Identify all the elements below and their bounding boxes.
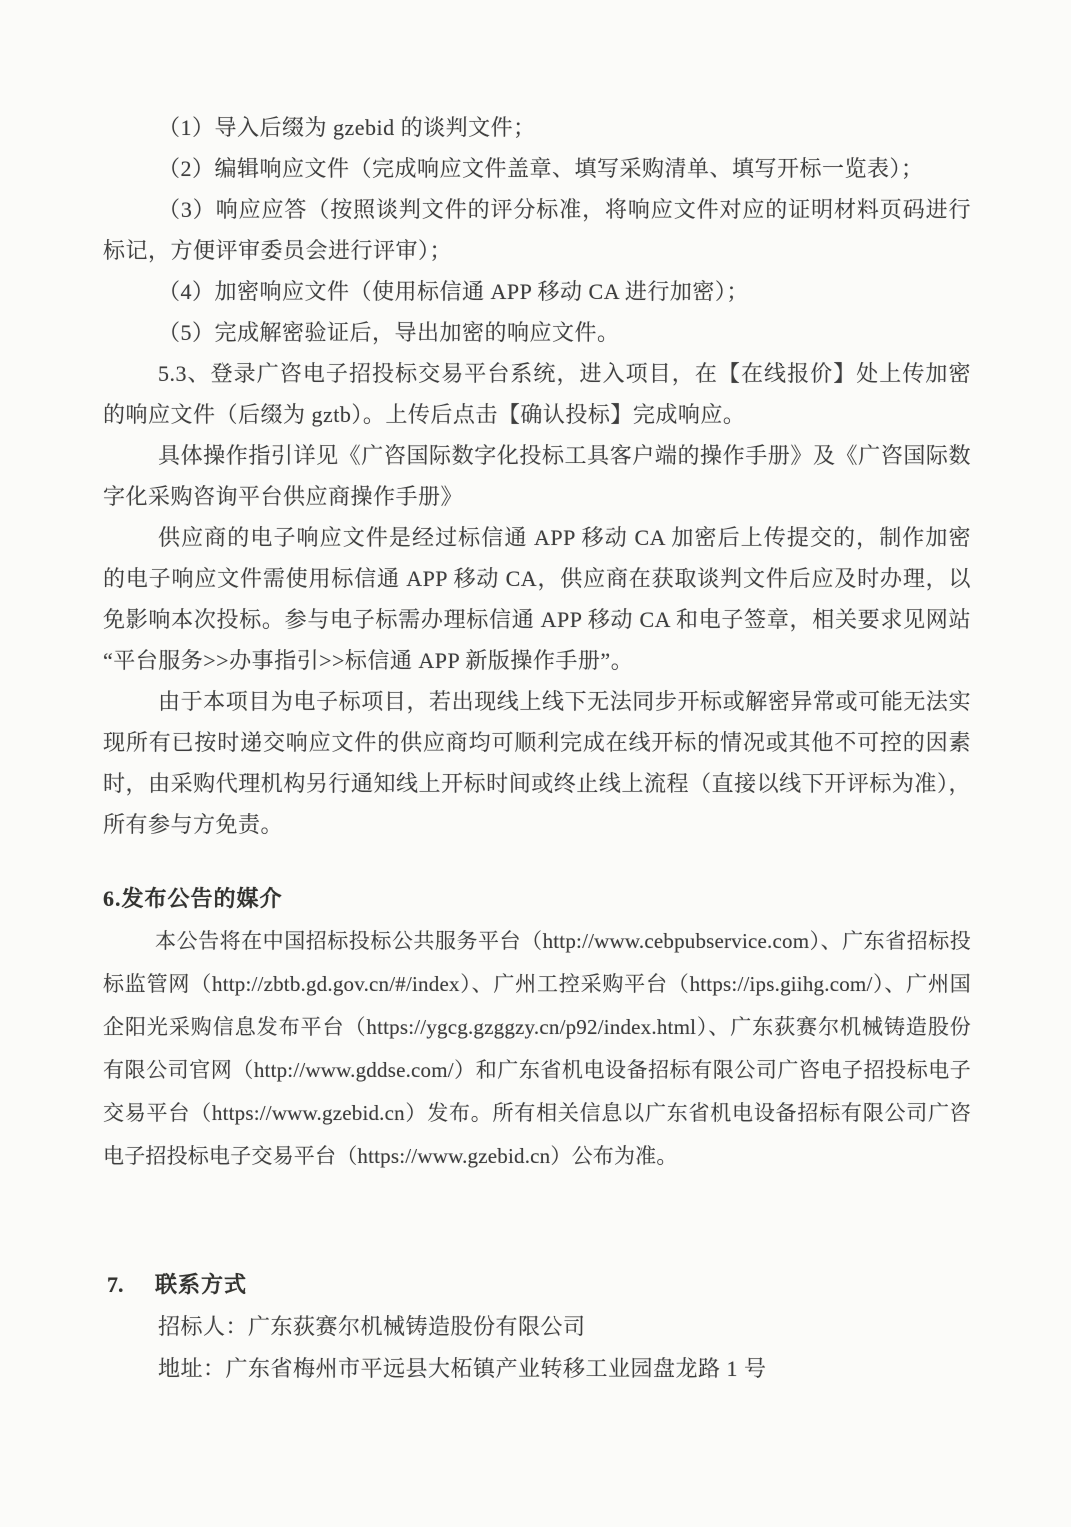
contact-address: 地址：广东省梅州市平远县大柘镇产业转移工业园盘龙路 1 号 <box>103 1348 971 1390</box>
procedure-step-2: （2）编辑响应文件（完成响应文件盖章、填写采购清单、填写开标一览表）； <box>103 148 971 189</box>
procedure-step-1: （1）导入后缀为 gzebid 的谈判文件； <box>103 107 971 148</box>
section7-heading: 7.联系方式 <box>107 1264 971 1306</box>
procedure-step-4: （4）加密响应文件（使用标信通 APP 移动 CA 进行加密）； <box>103 271 971 312</box>
paragraph-5-3-upload: 5.3、登录广咨电子招投标交易平台系统，进入项目，在【在线报价】处上传加密的响应… <box>103 353 971 435</box>
paragraph-operation-guide: 具体操作指引详见《广咨国际数字化投标工具客户端的操作手册》及《广咨国际数字化采购… <box>103 435 971 517</box>
procedure-step-3: （3）响应应答（按照谈判文件的评分标准，将响应文件对应的证明材料页码进行标记，方… <box>103 189 971 271</box>
section7-heading-number: 7. <box>107 1264 155 1306</box>
section6-media-paragraph: 本公告将在中国招标投标公共服务平台（http://www.cebpubservi… <box>103 920 971 1178</box>
document-page: （1）导入后缀为 gzebid 的谈判文件； （2）编辑响应文件（完成响应文件盖… <box>0 0 1071 1527</box>
contact-tenderee: 招标人：广东荻赛尔机械铸造股份有限公司 <box>103 1306 971 1348</box>
paragraph-supplier-ca: 供应商的电子响应文件是经过标信通 APP 移动 CA 加密后上传提交的，制作加密… <box>103 517 971 681</box>
section7-heading-label: 联系方式 <box>155 1272 247 1297</box>
procedure-step-5: （5）完成解密验证后，导出加密的响应文件。 <box>103 312 971 353</box>
section6-heading: 6.发布公告的媒介 <box>103 878 971 920</box>
paragraph-disclaimer: 由于本项目为电子标项目，若出现线上线下无法同步开标或解密异常或可能无法实现所有已… <box>103 681 971 845</box>
